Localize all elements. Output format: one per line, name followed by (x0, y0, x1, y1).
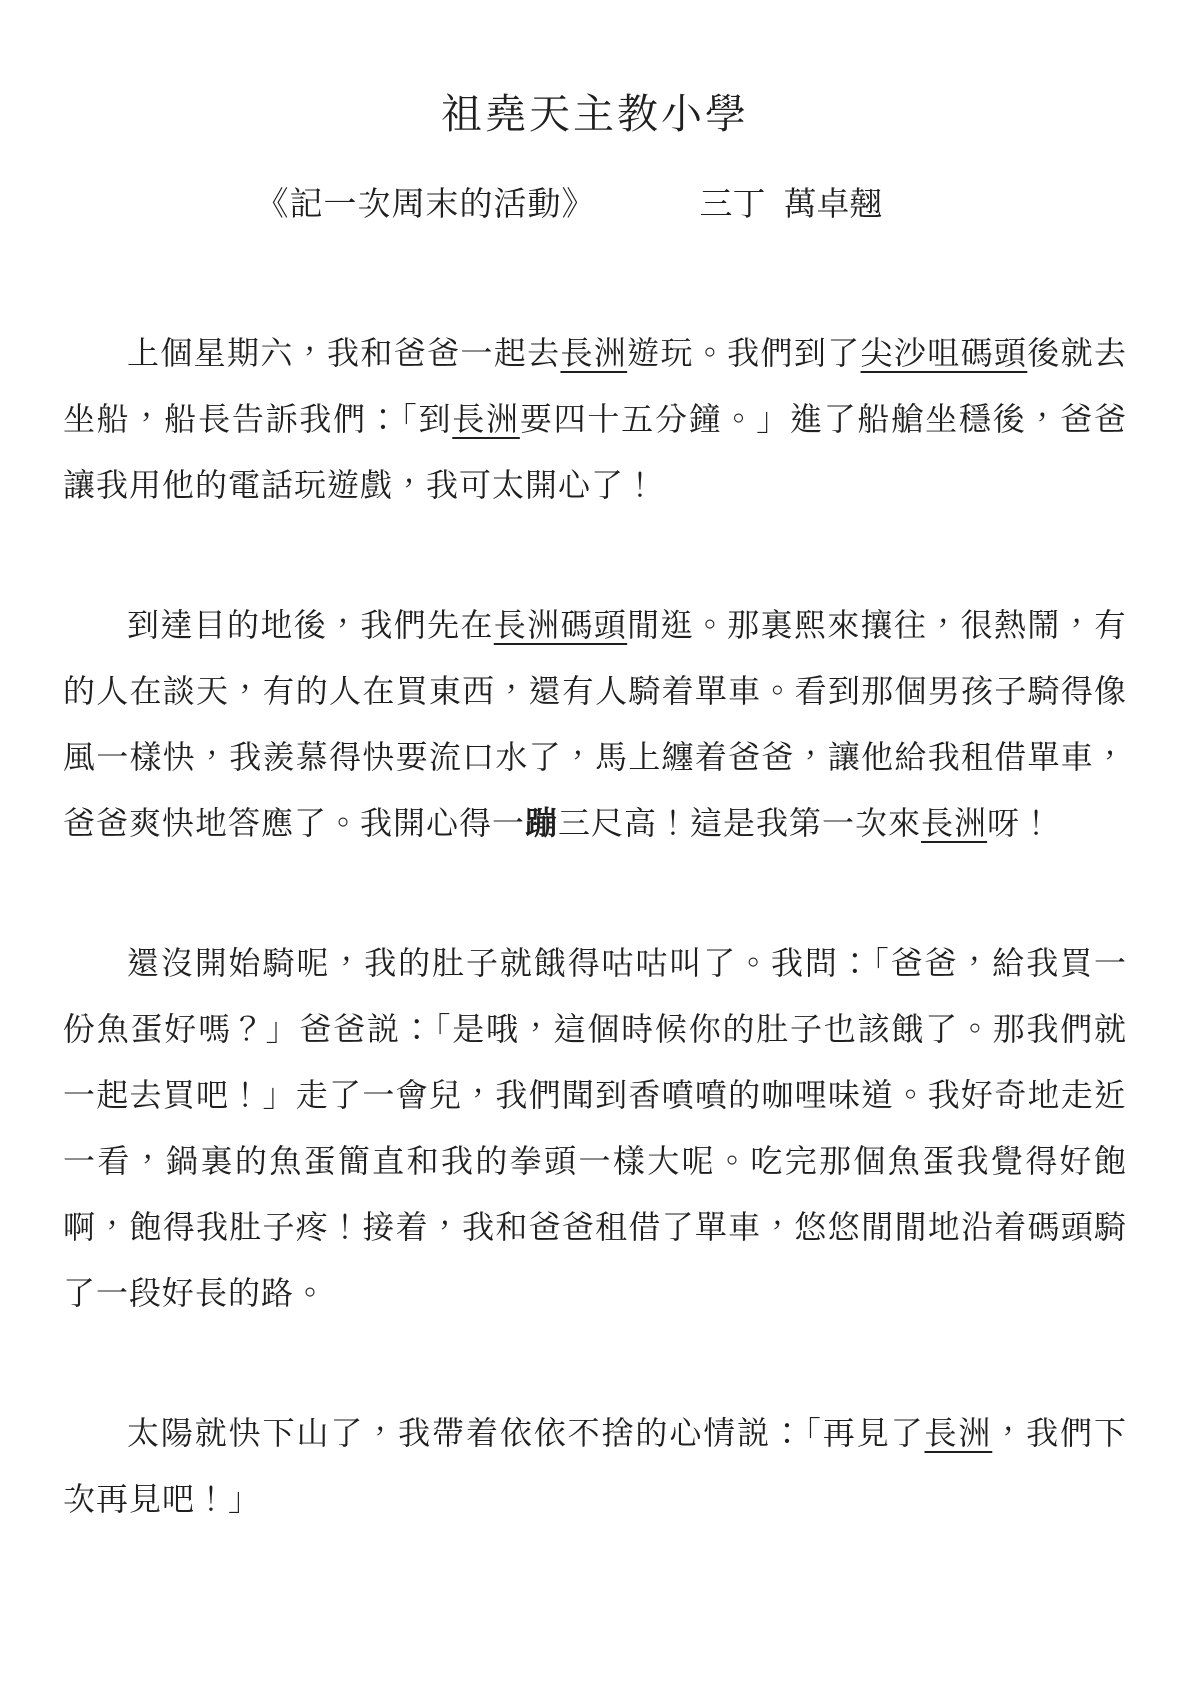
essay-title: 《記一次周末的活動》 (256, 184, 596, 224)
emphasized-text: 蹦 (525, 805, 558, 841)
text-run: 遊玩。我們到了 (627, 335, 860, 371)
proper-noun-underlined: 長洲 (560, 335, 627, 371)
proper-noun-underlined: 長洲 (452, 401, 520, 437)
proper-noun-underlined: 尖沙咀碼頭 (861, 335, 1028, 371)
text-run: 到達目的地後，我們先在 (127, 607, 494, 643)
text-run: 還沒開始騎呢，我的肚子就餓得咕咕叫了。我問：「爸爸，給我買一份魚蛋好嗎？」爸爸説… (63, 945, 1127, 1311)
author-name: 萬卓翹 (784, 185, 883, 222)
school-title: 祖堯天主教小學 (63, 0, 1127, 138)
proper-noun-underlined: 長洲 (921, 805, 987, 841)
essay-paragraph-2: 到達目的地後，我們先在長洲碼頭閒逛。那裏熙來攘往，很熱鬧，有的人在談天，有的人在… (63, 592, 1127, 856)
essay-paragraph-3: 還沒開始騎呢，我的肚子就餓得咕咕叫了。我問：「爸爸，給我買一份魚蛋好嗎？」爸爸説… (63, 930, 1127, 1326)
essay-paragraph-4: 太陽就快下山了，我帶着依依不捨的心情説：「再見了長洲，我們下次再見吧！」 (63, 1400, 1127, 1532)
byline: 三丁萬卓翹 (700, 184, 883, 224)
proper-noun-underlined: 長洲碼頭 (494, 607, 627, 643)
proper-noun-underlined: 長洲 (924, 1415, 992, 1451)
text-run: 三尺高！這是我第一次來 (558, 805, 921, 841)
text-run: 太陽就快下山了，我帶着依依不捨的心情説：「再見了 (127, 1415, 924, 1451)
essay-paragraph-1: 上個星期六，我和爸爸一起去長洲遊玩。我們到了尖沙咀碼頭後就去坐船，船長告訴我們：… (63, 320, 1127, 518)
class-label: 三丁 (700, 185, 766, 222)
essay-body: 上個星期六，我和爸爸一起去長洲遊玩。我們到了尖沙咀碼頭後就去坐船，船長告訴我們：… (63, 320, 1127, 1532)
subtitle-row: 《記一次周末的活動》 三丁萬卓翹 (37, 184, 1101, 224)
text-run: 呀！ (987, 805, 1053, 841)
text-run: 上個星期六，我和爸爸一起去 (127, 335, 560, 371)
document-page: 祖堯天主教小學 《記一次周末的活動》 三丁萬卓翹 上個星期六，我和爸爸一起去長洲… (0, 0, 1190, 1683)
